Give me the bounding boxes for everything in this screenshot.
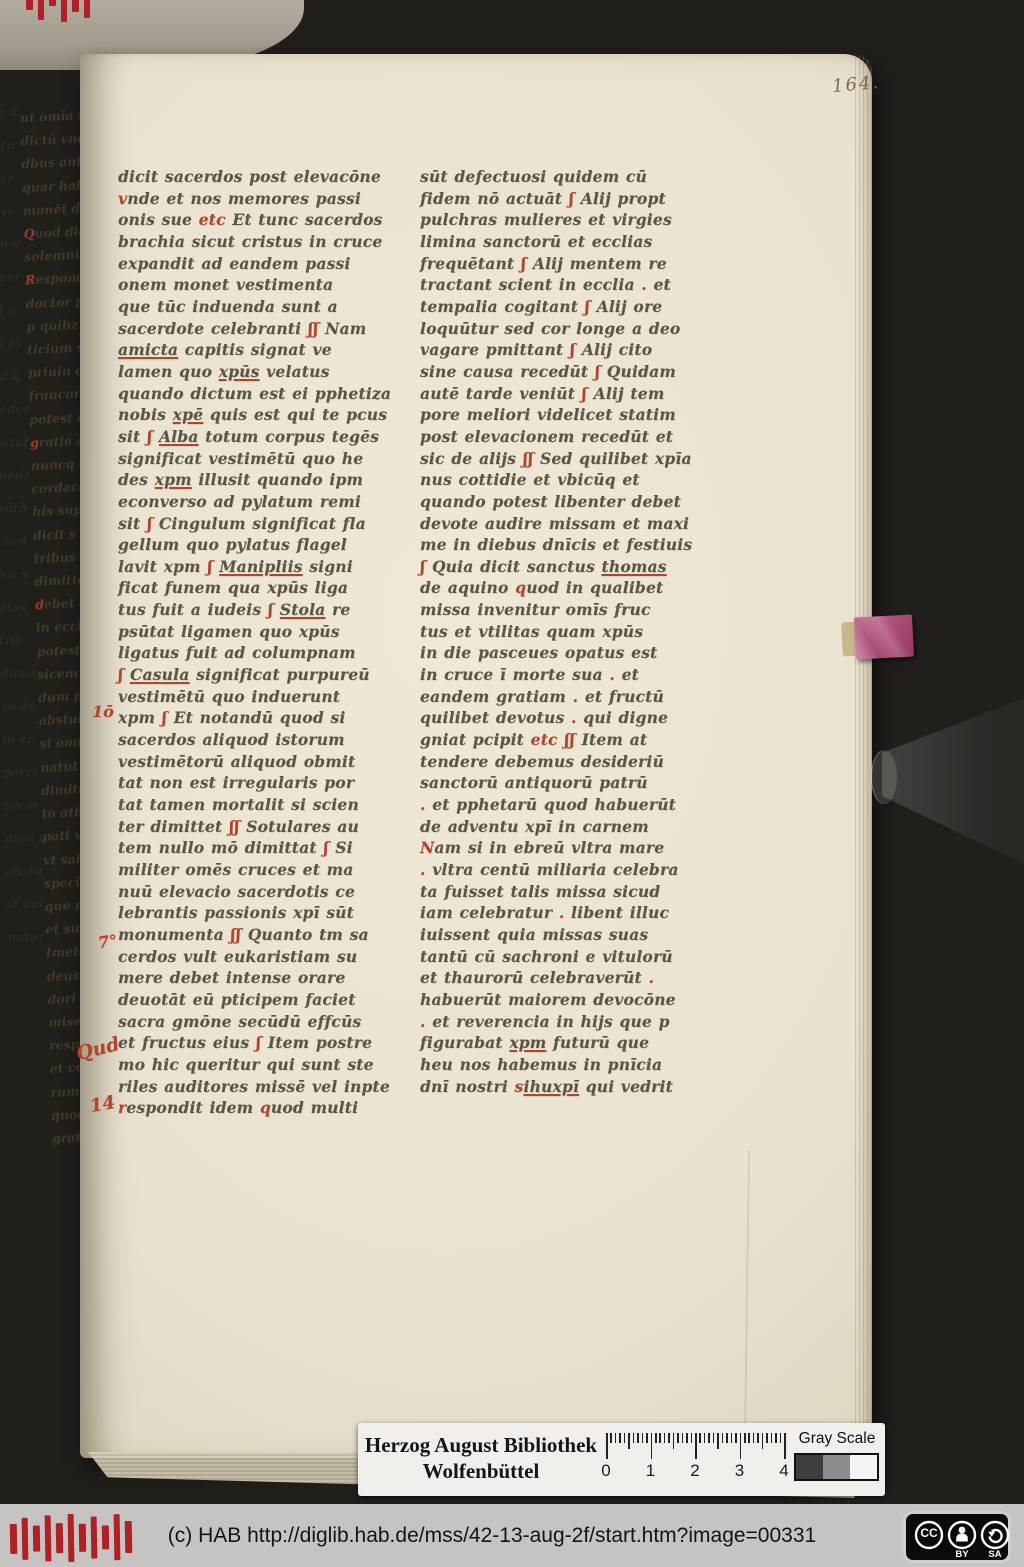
ruler-tick bbox=[628, 1433, 630, 1449]
manuscript-line: in die pasceues opatus est bbox=[420, 642, 716, 664]
gray-swatch bbox=[796, 1455, 823, 1479]
manuscript-page: 164. dicit sacerdos post elevacōnevnde e… bbox=[80, 54, 872, 1458]
ruler-number: 0 bbox=[601, 1461, 610, 1481]
fragment-line: dum p bbox=[4, 821, 47, 855]
rubric-mark: g bbox=[30, 435, 39, 450]
rubric-mark: R bbox=[25, 272, 36, 288]
ruler-tick bbox=[757, 1433, 759, 1443]
stamp-bar bbox=[61, 0, 68, 22]
ruler-tick bbox=[610, 1433, 612, 1443]
rubric-mark: ʃ bbox=[162, 708, 167, 727]
rubric-mark: q bbox=[515, 578, 526, 597]
red-underlined-word: xpūs bbox=[219, 362, 260, 381]
page-stack-right-edge bbox=[855, 54, 872, 1458]
rubric-mark: v bbox=[118, 189, 127, 208]
stamp-bar bbox=[26, 0, 33, 10]
stamp-bar bbox=[102, 1525, 109, 1549]
manuscript-line: gniat pcipit etc ʃʃ Item at bbox=[420, 729, 716, 751]
fragment-line: potes bbox=[2, 755, 45, 789]
margin-note: 14 bbox=[88, 1092, 116, 1117]
stamp-bar bbox=[90, 1517, 97, 1559]
manuscript-line: figurabat xpm futurū que bbox=[420, 1032, 716, 1054]
manuscript-line: quando potest libenter debet bbox=[420, 491, 716, 513]
margin-note: Qud bbox=[74, 1033, 122, 1065]
rubric-mark: ʃʃ bbox=[229, 817, 240, 836]
manuscript-line: amicta capitis signat ve bbox=[118, 339, 406, 361]
cc-by-label: BY bbox=[946, 1549, 978, 1560]
manuscript-line: monumenta ʃʃ Quanto tm sa bbox=[118, 924, 406, 946]
ruler-tick bbox=[655, 1433, 657, 1443]
manuscript-line: vagare pmittant ʃ Alij cito bbox=[420, 339, 716, 361]
manuscript-line: brachia sicut cristus in cruce bbox=[118, 231, 406, 253]
manuscript-line: autē tarde veniūt ʃ Alij tem bbox=[420, 383, 716, 405]
manuscript-line: . et reverencia in hijs que p bbox=[420, 1011, 716, 1033]
manuscript-line: mo hic queritur qui sunt ste bbox=[118, 1054, 406, 1076]
ruler-tick bbox=[775, 1433, 777, 1443]
red-underlined-word: Casula bbox=[130, 665, 190, 684]
manuscript-line: quilibet devotus . qui digne bbox=[420, 707, 716, 729]
gray-scale-label: Gray Scale bbox=[794, 1430, 880, 1448]
manuscript-line: ficat funem qua xpūs liga bbox=[118, 577, 406, 599]
fragment-line: sacm bbox=[3, 788, 46, 822]
ruler-number: 3 bbox=[735, 1461, 744, 1481]
rubric-mark: ʃ bbox=[582, 384, 587, 403]
rubric-mark: q bbox=[260, 1098, 271, 1117]
ruler-number: 4 bbox=[779, 1461, 788, 1481]
ruler-tick bbox=[682, 1433, 684, 1443]
rubric-mark: . bbox=[641, 275, 647, 294]
red-underlined-word: thomas bbox=[601, 557, 666, 576]
manuscript-line: ter dimittet ʃʃ Sotulares au bbox=[118, 816, 406, 838]
ruler-tick bbox=[704, 1433, 706, 1443]
ruler-tick bbox=[744, 1433, 746, 1443]
ruler-tick bbox=[726, 1433, 728, 1443]
manuscript-line: frequētant ʃ Alij mentem re bbox=[420, 253, 716, 275]
rubric-mark: ʃ bbox=[420, 557, 425, 576]
stamp-bar bbox=[33, 1526, 40, 1552]
manuscript-line: tempalia cogitant ʃ Alij ore bbox=[420, 296, 716, 318]
rubric-mark: r bbox=[118, 1098, 126, 1117]
ruler-tick bbox=[695, 1433, 697, 1459]
cc-by-person-icon bbox=[946, 1519, 978, 1551]
rubric-mark: ʃ bbox=[570, 340, 575, 359]
library-name-line2: Wolfenbüttel bbox=[360, 1458, 602, 1484]
manuscript-line: expandit ad eandem passi bbox=[118, 253, 406, 275]
ruler-tick bbox=[664, 1433, 666, 1443]
manuscript-line: sanctorū antiquorū patrū bbox=[420, 772, 716, 794]
manuscript-line: onem monet vestimenta bbox=[118, 274, 406, 296]
ruler-tick bbox=[753, 1433, 755, 1443]
manuscript-line: iam celebratur . libent illuc bbox=[420, 902, 716, 924]
ruler-tick bbox=[633, 1433, 635, 1443]
rubric-mark: N bbox=[420, 838, 434, 857]
ruler-tick bbox=[646, 1433, 648, 1443]
ruler-tick bbox=[691, 1433, 693, 1443]
stamp-bar bbox=[10, 1524, 17, 1554]
manuscript-line: onis sue etc Et tunc sacerdos bbox=[118, 209, 406, 231]
ruler-tick bbox=[659, 1433, 661, 1443]
rubric-mark: ʃ bbox=[585, 297, 590, 316]
rubric-mark: d bbox=[35, 597, 44, 612]
manuscript-line: nobis xpē quis est qui te pcus bbox=[118, 404, 406, 426]
manuscript-line: post elevacionem recedūt et bbox=[420, 426, 716, 448]
folio-number: 164. bbox=[831, 72, 881, 97]
rubric-mark: ʃ bbox=[323, 838, 328, 857]
manuscript-line: lebrantis passionis xpī sūt bbox=[118, 902, 406, 924]
manuscript-line: Nam si in ebreū vltra mare bbox=[420, 837, 716, 859]
manuscript-line: . et pphetarū quod habuerūt bbox=[420, 794, 716, 816]
manuscript-line: deuotāt eū pticipem faciet bbox=[118, 989, 406, 1011]
manuscript-line: sit ʃ Alba totum corpus tegēs bbox=[118, 426, 406, 448]
text-column-left: dicit sacerdos post elevacōnevnde et nos… bbox=[118, 166, 406, 1119]
manuscript-line: lamen quo xpūs velatus bbox=[118, 361, 406, 383]
manuscript-line: sacerdote celebranti ʃʃ Nam bbox=[118, 318, 406, 340]
manuscript-line: militer omēs cruces et ma bbox=[118, 859, 406, 881]
manuscript-line: tat non est irregularis por bbox=[118, 772, 406, 794]
rubric-mark: etc bbox=[199, 210, 226, 229]
manuscript-line: de adventu xpī in carnem bbox=[420, 816, 716, 838]
ruler-tick bbox=[784, 1433, 786, 1459]
rubric-mark: ʃʃ bbox=[308, 319, 319, 338]
manuscript-line: psūtat ligamen quo xpūs bbox=[118, 621, 406, 643]
margin-note: 1ō bbox=[92, 702, 114, 721]
manuscript-line: sic de alijs ʃʃ Sed quilibet xpīa bbox=[420, 448, 716, 470]
manuscript-line: sacra gmōne secūdū effcūs bbox=[118, 1011, 406, 1033]
rubric-mark: Q bbox=[23, 226, 34, 242]
manuscript-line: sit ʃ Cingulum significat fla bbox=[118, 513, 406, 535]
ruler-tick bbox=[722, 1433, 724, 1443]
cc-logo-letters: CC bbox=[913, 1526, 945, 1540]
manuscript-line: . vltra centū miliaria celebra bbox=[420, 859, 716, 881]
manuscript-line: limina sanctorū et ecclias bbox=[420, 231, 716, 253]
rubric-mark: . bbox=[420, 1012, 426, 1031]
fragment-line: abstu bbox=[5, 854, 48, 888]
library-name: Herzog August Bibliothek Wolfenbüttel bbox=[360, 1432, 602, 1484]
cc-sa-arrow-icon bbox=[979, 1519, 1011, 1551]
ruler-tick bbox=[731, 1433, 733, 1443]
rubric-mark: ʃ bbox=[147, 514, 152, 533]
manuscript-line: ʃ Casula significat purpureū bbox=[118, 664, 406, 686]
red-underlined-word: xpē bbox=[173, 405, 204, 424]
ruler-tick bbox=[717, 1433, 719, 1449]
manuscript-line: que tūc induenda sunt a bbox=[118, 296, 406, 318]
ruler-tick bbox=[677, 1433, 679, 1443]
manuscript-line: tat tamen mortalit si scien bbox=[118, 794, 406, 816]
ruler-tick bbox=[668, 1433, 670, 1443]
manuscript-line: me in diebus dnīcis et festiuis bbox=[420, 534, 716, 556]
stamp-bar bbox=[21, 1518, 28, 1560]
rubric-mark: . bbox=[571, 708, 577, 727]
ruler-tick bbox=[637, 1433, 639, 1443]
stamp-bar bbox=[113, 1514, 120, 1560]
ruler-tick bbox=[740, 1433, 742, 1459]
library-scale-card: Herzog August Bibliothek Wolfenbüttel 01… bbox=[358, 1423, 885, 1496]
ruler-tick bbox=[673, 1433, 675, 1449]
manuscript-line: des xpm illusit quando ipm bbox=[118, 469, 406, 491]
gray-swatch bbox=[850, 1455, 877, 1479]
ruler-tick bbox=[735, 1433, 737, 1443]
cc-sa-label: SA bbox=[979, 1549, 1011, 1560]
manuscript-line: tem nullo mō dimittat ʃ Si bbox=[118, 837, 406, 859]
library-name-line1: Herzog August Bibliothek bbox=[360, 1432, 602, 1458]
fragment-line: natur bbox=[7, 920, 50, 954]
stamp-bar bbox=[38, 0, 45, 20]
manuscript-line: pore meliori videlicet statim bbox=[420, 404, 716, 426]
rubric-mark: . bbox=[609, 665, 615, 684]
ruler-tick bbox=[699, 1433, 701, 1443]
red-underlined-word: xpm bbox=[509, 1033, 546, 1052]
text-column-right: sūt defectuosi quidem cūfidem nō actuāt … bbox=[420, 166, 716, 1097]
ruler-tick bbox=[762, 1433, 764, 1449]
manuscript-line: sacerdos aliquod istorum bbox=[118, 729, 406, 751]
manuscript-line: quando dictum est ei pphetiza bbox=[118, 383, 406, 405]
rubric-mark: ʃ bbox=[569, 189, 574, 208]
red-underlined-word: Alba bbox=[159, 427, 199, 446]
manuscript-line: et fructus eius ʃ Item postre bbox=[118, 1032, 406, 1054]
pink-bookmark-tab bbox=[854, 615, 914, 660]
red-underlined-word: ihuxpī bbox=[523, 1077, 579, 1096]
digitized-manuscript-photo: am dcōtusacrtur-vni sTpmid qhi fōad qrād… bbox=[0, 0, 1024, 1567]
manuscript-line: loquūtur sed cor longe a deo bbox=[420, 318, 716, 340]
fragment-line: in ec bbox=[2, 722, 45, 756]
ruler-number: 2 bbox=[690, 1461, 699, 1481]
rubric-mark: ʃ bbox=[207, 557, 212, 576]
manuscript-line: significat vestimētū quo he bbox=[118, 448, 406, 470]
manuscript-line: vestimētū quo induerunt bbox=[118, 686, 406, 708]
rubric-mark: . bbox=[420, 795, 426, 814]
manuscript-line: ligatus fuit ad columpnam bbox=[118, 642, 406, 664]
ruler-tick bbox=[766, 1433, 768, 1443]
manuscript-line: heu nos habemus in pnīcia bbox=[420, 1054, 716, 1076]
fragment-line: st om bbox=[6, 887, 49, 921]
red-underlined-word: Stola bbox=[280, 600, 326, 619]
manuscript-line: pulchras mulieres et virgies bbox=[420, 209, 716, 231]
manuscript-line: riles auditores missē vel inpte bbox=[118, 1076, 406, 1098]
transparent-strip-tip bbox=[871, 750, 897, 804]
red-underlined-word: xpm bbox=[155, 470, 192, 489]
manuscript-line: xpm ʃ Et notandū quod si bbox=[118, 707, 406, 729]
manuscript-line: econverso ad pylatum remi bbox=[118, 491, 406, 513]
manuscript-line: ʃ Quia dicit sanctus thomas bbox=[420, 556, 716, 578]
rubric-mark: ʃʃ bbox=[230, 925, 241, 944]
manuscript-line: tantū cū sachroni e vitulorū bbox=[420, 946, 716, 968]
ruler-tick bbox=[771, 1433, 773, 1443]
gray-swatch bbox=[823, 1455, 850, 1479]
manuscript-line: sūt defectuosi quidem cū bbox=[420, 166, 716, 188]
manuscript-line: de aquino quod in qualibet bbox=[420, 577, 716, 599]
manuscript-line: nuū elevacio sacerdotis ce bbox=[118, 881, 406, 903]
rubric-mark: ʃ bbox=[595, 362, 600, 381]
ruler-tick bbox=[624, 1433, 626, 1443]
ruler-number: 1 bbox=[646, 1461, 655, 1481]
copyright-bar: (c) HAB http://diglib.hab.de/mss/42-13-a… bbox=[0, 1504, 1024, 1567]
ruler-tick bbox=[708, 1433, 710, 1443]
rubric-mark: etc ʃʃ bbox=[531, 730, 575, 749]
rubric-mark: . bbox=[420, 860, 426, 879]
manuscript-line: dicit sacerdos post elevacōne bbox=[118, 166, 406, 188]
manuscript-line: respondit idem quod multi bbox=[118, 1097, 406, 1119]
manuscript-line: tractant scient in ecclia . et bbox=[420, 274, 716, 296]
stamp-bar bbox=[125, 1521, 132, 1553]
ruler-tick bbox=[780, 1433, 782, 1443]
red-underlined-word: Manipliis bbox=[219, 557, 302, 576]
ruler-tick bbox=[651, 1433, 653, 1459]
stamp-bar bbox=[49, 0, 56, 6]
transparent-holding-strip bbox=[882, 698, 1024, 864]
red-underlined-word: amicta bbox=[118, 340, 178, 359]
rubric-mark: ʃ bbox=[268, 600, 273, 619]
manuscript-line: devote audire missam et maxi bbox=[420, 513, 716, 535]
manuscript-line: tus fuit a iudeis ʃ Stola re bbox=[118, 599, 406, 621]
manuscript-line: gellum quo pylatus flagel bbox=[118, 534, 406, 556]
stamp-bar bbox=[56, 1523, 63, 1553]
manuscript-line: eandem gratiam . et fructū bbox=[420, 686, 716, 708]
red-stamp-mark-top bbox=[26, 0, 90, 24]
manuscript-line: nus cottidie et vbicūq et bbox=[420, 469, 716, 491]
stamp-bar bbox=[72, 0, 79, 12]
manuscript-line: sine causa recedūt ʃ Quidam bbox=[420, 361, 716, 383]
manuscript-line: habuerūt maiorem devocōne bbox=[420, 989, 716, 1011]
manuscript-line: ta fuisset talis missa sicud bbox=[420, 881, 716, 903]
manuscript-line: vnde et nos memores passi bbox=[118, 188, 406, 210]
stamp-bar bbox=[67, 1514, 74, 1562]
ruler-tick bbox=[606, 1433, 608, 1459]
cc-by-sa-license-badge: CC BY SA bbox=[903, 1511, 1011, 1563]
gray-scale-swatches bbox=[794, 1453, 879, 1481]
manuscript-line: fidem nō actuāt ʃ Alij propt bbox=[420, 188, 716, 210]
margin-note: 7° bbox=[97, 931, 119, 952]
manuscript-line: lavit xpm ʃ Manipliis signi bbox=[118, 556, 406, 578]
manuscript-line: tendere debemus desideriū bbox=[420, 751, 716, 773]
rubric-mark: . bbox=[559, 903, 565, 922]
red-stamp-mark-bottom bbox=[10, 1513, 132, 1563]
copyright-text: (c) HAB http://diglib.hab.de/mss/42-13-a… bbox=[0, 1524, 984, 1548]
rubric-mark: . bbox=[648, 968, 654, 987]
ruler-tick bbox=[642, 1433, 644, 1443]
manuscript-line: tus et vtilitas quam xpūs bbox=[420, 621, 716, 643]
manuscript-line: mere debet intense orare bbox=[118, 967, 406, 989]
manuscript-line: cerdos vult eukaristiam su bbox=[118, 946, 406, 968]
stamp-bar bbox=[84, 0, 91, 18]
rubric-mark: ʃ bbox=[521, 254, 526, 273]
ruler-tick bbox=[615, 1433, 617, 1443]
manuscript-line: dnī nostri sihuxpī qui vedrit bbox=[420, 1076, 716, 1098]
ruler-tick bbox=[748, 1433, 750, 1443]
rubric-mark: ʃ bbox=[256, 1033, 261, 1052]
manuscript-line: in cruce ī morte sua . et bbox=[420, 664, 716, 686]
ruler-tick bbox=[713, 1433, 715, 1443]
ruler-tick bbox=[619, 1433, 621, 1443]
rubric-mark: ʃ bbox=[118, 665, 123, 684]
rubric-mark: ʃ bbox=[147, 427, 152, 446]
manuscript-line: missa invenitur omīs fruc bbox=[420, 599, 716, 621]
manuscript-line: et thaurorū celebraverūt . bbox=[420, 967, 716, 989]
manuscript-line: iuissent quia missas suas bbox=[420, 924, 716, 946]
centimeter-ruler: 01234 bbox=[604, 1423, 788, 1496]
manuscript-line: vestimētorū aliquod obmit bbox=[118, 751, 406, 773]
ruler-tick bbox=[686, 1433, 688, 1443]
stamp-bar bbox=[44, 1515, 51, 1561]
rubric-mark: ʃʃ bbox=[523, 449, 534, 468]
stamp-bar bbox=[79, 1524, 86, 1552]
rubric-mark: . bbox=[573, 687, 579, 706]
